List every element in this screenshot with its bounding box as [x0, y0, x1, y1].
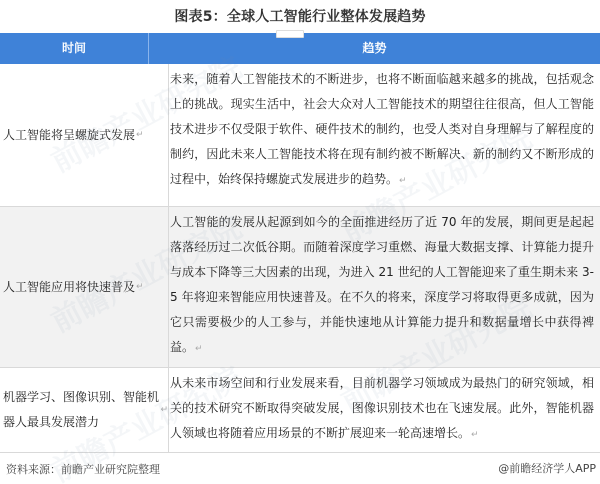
table-row: 人工智能将呈螺旋式发展↵ 未来，随着人工智能技术的不断进步，也将不断面临越来越多… [0, 64, 600, 207]
row-key: 人工智能将呈螺旋式发展↵ [0, 64, 169, 206]
table-row: 机器学习、图像识别、智能机器人最具发展潜力↵ 从未来市场空间和行业发展来看，目前… [0, 368, 600, 453]
header-time: 时间 [0, 33, 149, 64]
table-row: 人工智能应用将快速普及↵ 人工智能的发展从起源到如今的全面推进经历了近 70 年… [0, 207, 600, 368]
row-value: 未来，随着人工智能技术的不断进步，也将不断面临越来越多的挑战，包括观念上的挑战。… [170, 64, 594, 194]
figure-title: 图表5：全球人工智能行业整体发展趋势 [0, 6, 600, 26]
row-value: 人工智能的发展从起源到如今的全面推进经历了近 70 年的发展，期间更是起起落落经… [170, 207, 594, 362]
source-note: 资料来源：前瞻产业研究院整理 [6, 461, 160, 477]
row-key: 机器学习、图像识别、智能机器人最具发展潜力↵ [0, 368, 169, 452]
header-trend: 趋势 [149, 33, 600, 64]
row-key: 人工智能应用将快速普及↵ [0, 207, 169, 367]
credit-note: @前瞻经济学人APP [498, 460, 596, 476]
row-value: 从未来市场空间和行业发展来看，目前机器学习领域成为最热门的研究领域，相关的技术研… [170, 368, 594, 448]
table-header: 时间 趋势 [0, 33, 600, 64]
